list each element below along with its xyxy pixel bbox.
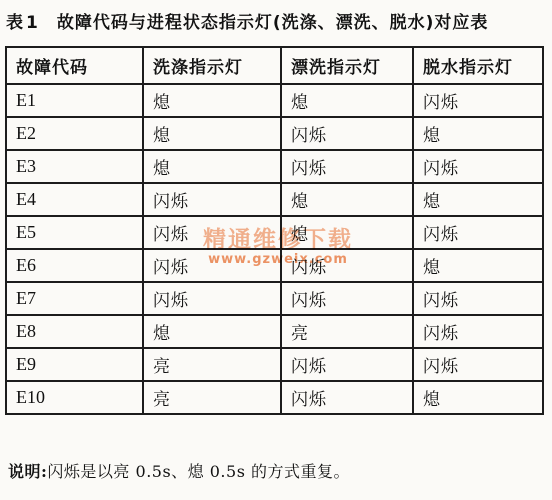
wash-indicator-cell: 亮 <box>143 381 281 414</box>
wash-indicator-cell: 闪烁 <box>143 249 281 282</box>
spin-indicator-cell: 熄 <box>413 117 543 150</box>
table-row: E4 闪烁 熄 熄 <box>6 183 543 216</box>
spin-indicator-cell: 闪烁 <box>413 348 543 381</box>
wash-indicator-cell: 闪烁 <box>143 216 281 249</box>
rinse-indicator-cell: 熄 <box>281 84 413 117</box>
spin-indicator-cell: 闪烁 <box>413 282 543 315</box>
fault-code-cell: E10 <box>6 381 143 414</box>
rinse-indicator-cell: 闪烁 <box>281 249 413 282</box>
table-row: E8 熄 亮 闪烁 <box>6 315 543 348</box>
footnote-label: 说明: <box>8 462 47 481</box>
wash-indicator-cell: 闪烁 <box>143 183 281 216</box>
wash-indicator-cell: 闪烁 <box>143 282 281 315</box>
fault-code-cell: E8 <box>6 315 143 348</box>
table-row: E7 闪烁 闪烁 闪烁 <box>6 282 543 315</box>
header-row: 故障代码 洗涤指示灯 漂洗指示灯 脱水指示灯 <box>6 47 543 84</box>
header-wash-indicator: 洗涤指示灯 <box>143 47 281 84</box>
table-row: E2 熄 闪烁 熄 <box>6 117 543 150</box>
rinse-indicator-cell: 亮 <box>281 315 413 348</box>
table-title-text: 故障代码与进程状态指示灯(洗涤、漂洗、脱水)对应表 <box>57 13 489 33</box>
footnote-text: 闪烁是以亮 0.5s、熄 0.5s 的方式重复。 <box>47 462 350 481</box>
header-spin-indicator: 脱水指示灯 <box>413 47 543 84</box>
rinse-indicator-cell: 闪烁 <box>281 381 413 414</box>
spin-indicator-cell: 闪烁 <box>413 216 543 249</box>
spin-indicator-cell: 熄 <box>413 381 543 414</box>
fault-code-cell: E2 <box>6 117 143 150</box>
table-row: E1 熄 熄 闪烁 <box>6 84 543 117</box>
wash-indicator-cell: 熄 <box>143 150 281 183</box>
header-rinse-indicator: 漂洗指示灯 <box>281 47 413 84</box>
fault-code-table: 故障代码 洗涤指示灯 漂洗指示灯 脱水指示灯 E1 熄 熄 闪烁 E2 熄 闪烁… <box>5 46 544 415</box>
table-row: E3 熄 闪烁 闪烁 <box>6 150 543 183</box>
fault-code-cell: E6 <box>6 249 143 282</box>
wash-indicator-cell: 熄 <box>143 315 281 348</box>
table-row: E9 亮 闪烁 闪烁 <box>6 348 543 381</box>
spin-indicator-cell: 熄 <box>413 183 543 216</box>
table-row: E10 亮 闪烁 熄 <box>6 381 543 414</box>
table-row: E6 闪烁 闪烁 熄 <box>6 249 543 282</box>
spin-indicator-cell: 闪烁 <box>413 84 543 117</box>
page-title: 表1故障代码与进程状态指示灯(洗涤、漂洗、脱水)对应表 <box>6 8 488 33</box>
fault-code-cell: E1 <box>6 84 143 117</box>
rinse-indicator-cell: 闪烁 <box>281 150 413 183</box>
fault-code-cell: E9 <box>6 348 143 381</box>
rinse-indicator-cell: 熄 <box>281 183 413 216</box>
wash-indicator-cell: 熄 <box>143 117 281 150</box>
wash-indicator-cell: 熄 <box>143 84 281 117</box>
rinse-indicator-cell: 闪烁 <box>281 282 413 315</box>
rinse-indicator-cell: 闪烁 <box>281 117 413 150</box>
header-fault-code: 故障代码 <box>6 47 143 84</box>
fault-code-cell: E3 <box>6 150 143 183</box>
fault-code-cell: E4 <box>6 183 143 216</box>
table-number: 表1 <box>6 13 41 33</box>
table-row: E5 闪烁 熄 闪烁 <box>6 216 543 249</box>
wash-indicator-cell: 亮 <box>143 348 281 381</box>
rinse-indicator-cell: 闪烁 <box>281 348 413 381</box>
rinse-indicator-cell: 熄 <box>281 216 413 249</box>
footnote: 说明:闪烁是以亮 0.5s、熄 0.5s 的方式重复。 <box>8 459 350 482</box>
fault-code-cell: E7 <box>6 282 143 315</box>
fault-code-cell: E5 <box>6 216 143 249</box>
spin-indicator-cell: 闪烁 <box>413 150 543 183</box>
spin-indicator-cell: 熄 <box>413 249 543 282</box>
spin-indicator-cell: 闪烁 <box>413 315 543 348</box>
